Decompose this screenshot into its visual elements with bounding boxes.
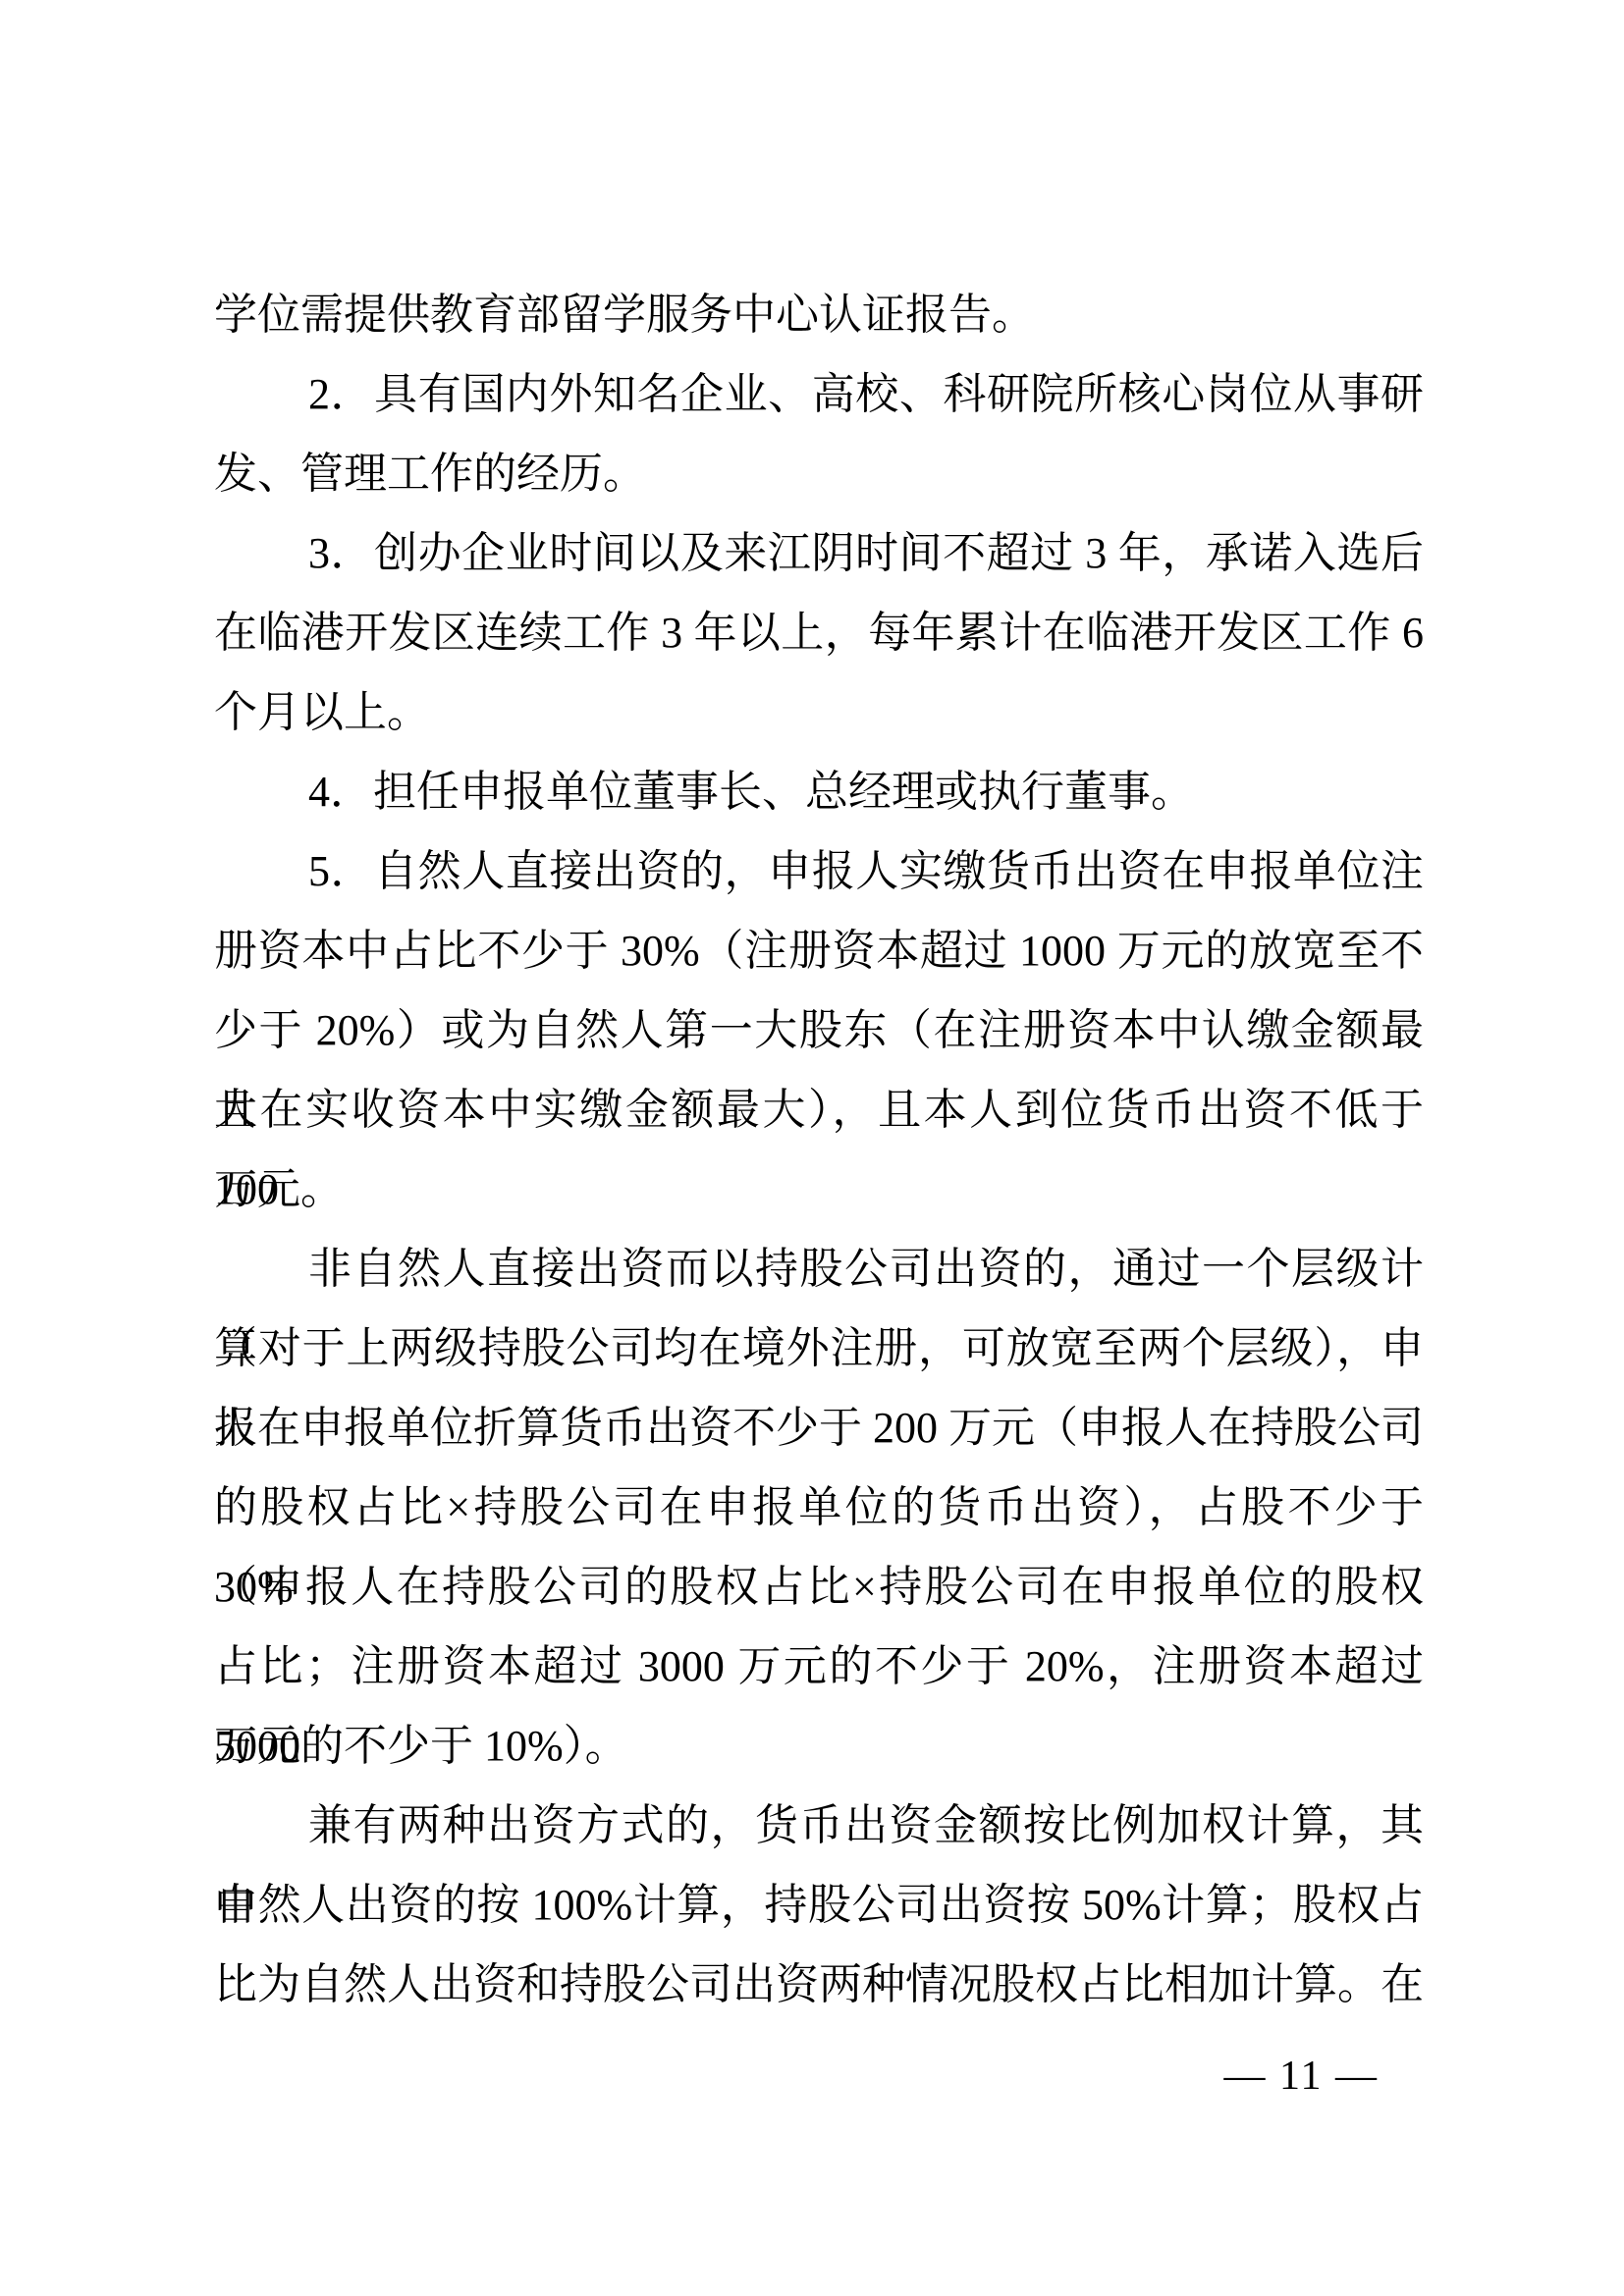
text-line: 4．担任申报单位董事长、总经理或执行董事。 xyxy=(214,752,1424,831)
text-line: 少于 20%）或为自然人第一大股东（在注册资本中认缴金额最大 xyxy=(214,990,1424,1070)
text-line: 3．创办企业时间以及来江阴时间不超过 3 年，承诺入选后 xyxy=(214,513,1424,593)
text-line: 发、管理工作的经历。 xyxy=(214,434,1424,513)
text-line: 的股权占比×持股公司在申报单位的货币出资），占股不少于 30% xyxy=(214,1468,1424,1547)
text-line: 占比；注册资本超过 3000 万元的不少于 20%，注册资本超过 5000 xyxy=(214,1627,1424,1706)
text-line: 册资本中占比不少于 30%（注册资本超过 1000 万元的放宽至不 xyxy=(214,911,1424,990)
text-line: （对于上两级持股公司均在境外注册，可放宽至两个层级），申报 xyxy=(214,1308,1424,1388)
text-line: 非自然人直接出资而以持股公司出资的，通过一个层级计算 xyxy=(214,1229,1424,1308)
text-line: 个月以上。 xyxy=(214,672,1424,752)
text-line: 自然人出资的按 100%计算，持股公司出资按 50%计算；股权占 xyxy=(214,1865,1424,1945)
text-line: 在临港开发区连续工作 3 年以上，每年累计在临港开发区工作 6 xyxy=(214,593,1424,672)
document-body: 学位需提供教育部留学服务中心认证报告。 2．具有国内外知名企业、高校、科研院所核… xyxy=(214,275,1424,2024)
text-line: 且在实收资本中实缴金额最大），且本人到位货币出资不低于 100 xyxy=(214,1070,1424,1149)
text-line: 兼有两种出资方式的，货币出资金额按比例加权计算，其中 xyxy=(214,1786,1424,1865)
text-line: 万元的不少于 10%）。 xyxy=(214,1706,1424,1786)
text-line: 5．自然人直接出资的，申报人实缴货币出资在申报单位注 xyxy=(214,831,1424,911)
page-number: — 11 — xyxy=(1224,2047,1379,2106)
text-line: 学位需提供教育部留学服务中心认证报告。 xyxy=(214,275,1424,354)
text-line: 人在申报单位折算货币出资不少于 200 万元（申报人在持股公司 xyxy=(214,1388,1424,1468)
text-line: 2．具有国内外知名企业、高校、科研院所核心岗位从事研 xyxy=(214,354,1424,434)
text-line: （申报人在持股公司的股权占比×持股公司在申报单位的股权 xyxy=(214,1547,1424,1627)
document-page: 学位需提供教育部留学服务中心认证报告。 2．具有国内外知名企业、高校、科研院所核… xyxy=(0,0,1624,2296)
text-line: 万元。 xyxy=(214,1149,1424,1229)
text-line: 比为自然人出资和持股公司出资两种情况股权占比相加计算。在 xyxy=(214,1945,1424,2024)
